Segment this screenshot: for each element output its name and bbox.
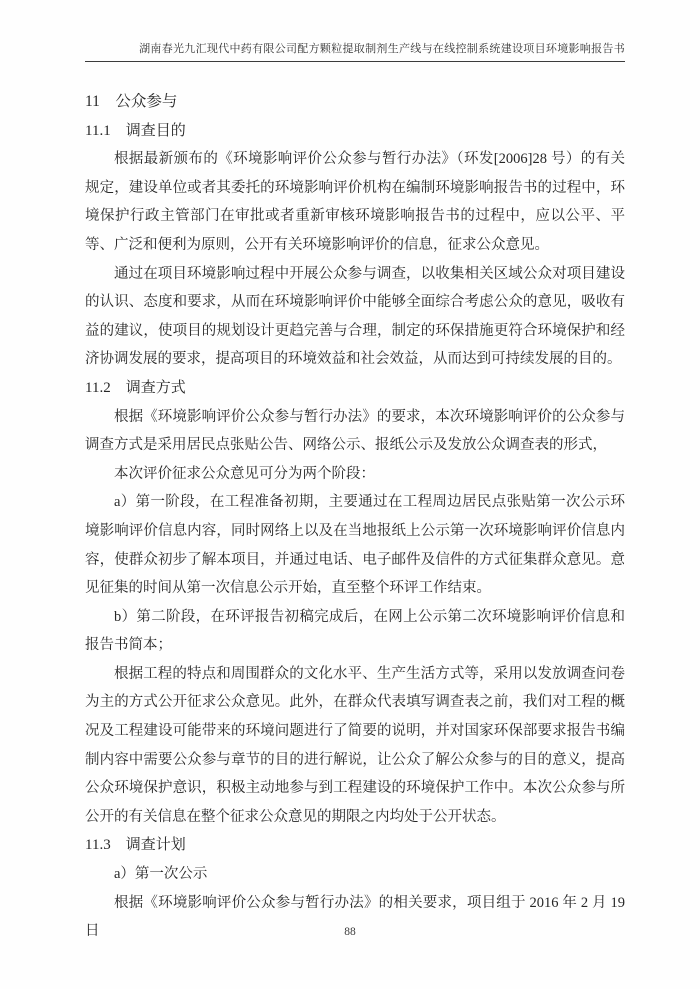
- paragraph: 根据最新颁布的《环境影响评价公众参与暂行办法》（环发[2006]28 号）的有关…: [85, 145, 625, 259]
- document-page: 湖南春光九汇现代中药有限公司配方颗粒提取制剂生产线与在线控制系统建设项目环境影响…: [0, 0, 700, 989]
- paragraph-stage-b: b）第二阶段，在环评报告初稿完成后，在网上公示第二次环境影响评价信息和报告书简本…: [85, 603, 625, 660]
- paragraph: 根据《环境影响评价公众参与暂行办法》的要求，本次环境影响评价的公众参与调查方式是…: [85, 403, 625, 460]
- section-heading-11: 11 公众参与: [85, 88, 625, 117]
- page-number: 88: [0, 926, 700, 938]
- running-header: 湖南春光九汇现代中药有限公司配方颗粒提取制剂生产线与在线控制系统建设项目环境影响…: [85, 40, 625, 62]
- subsection-heading-11-1: 11.1 调查目的: [85, 117, 625, 146]
- subsection-heading-11-2: 11.2 调查方式: [85, 374, 625, 403]
- paragraph-stage-a: a）第一阶段，在工程准备初期，主要通过在工程周边居民点张贴第一次公示环境影响评价…: [85, 488, 625, 602]
- document-body: 11 公众参与 11.1 调查目的 根据最新颁布的《环境影响评价公众参与暂行办法…: [85, 88, 625, 946]
- paragraph: 通过在项目环境影响过程中开展公众参与调查，以收集相关区域公众对项目建设的认识、态…: [85, 260, 625, 374]
- subsection-heading-11-3: 11.3 调查计划: [85, 831, 625, 860]
- paragraph: 根据工程的特点和周围群众的文化水平、生产生活方式等，采用以发放调查问卷为主的方式…: [85, 660, 625, 832]
- paragraph-first-notice: a）第一次公示: [85, 860, 625, 889]
- paragraph: 本次评价征求公众意见可分为两个阶段：: [85, 460, 625, 489]
